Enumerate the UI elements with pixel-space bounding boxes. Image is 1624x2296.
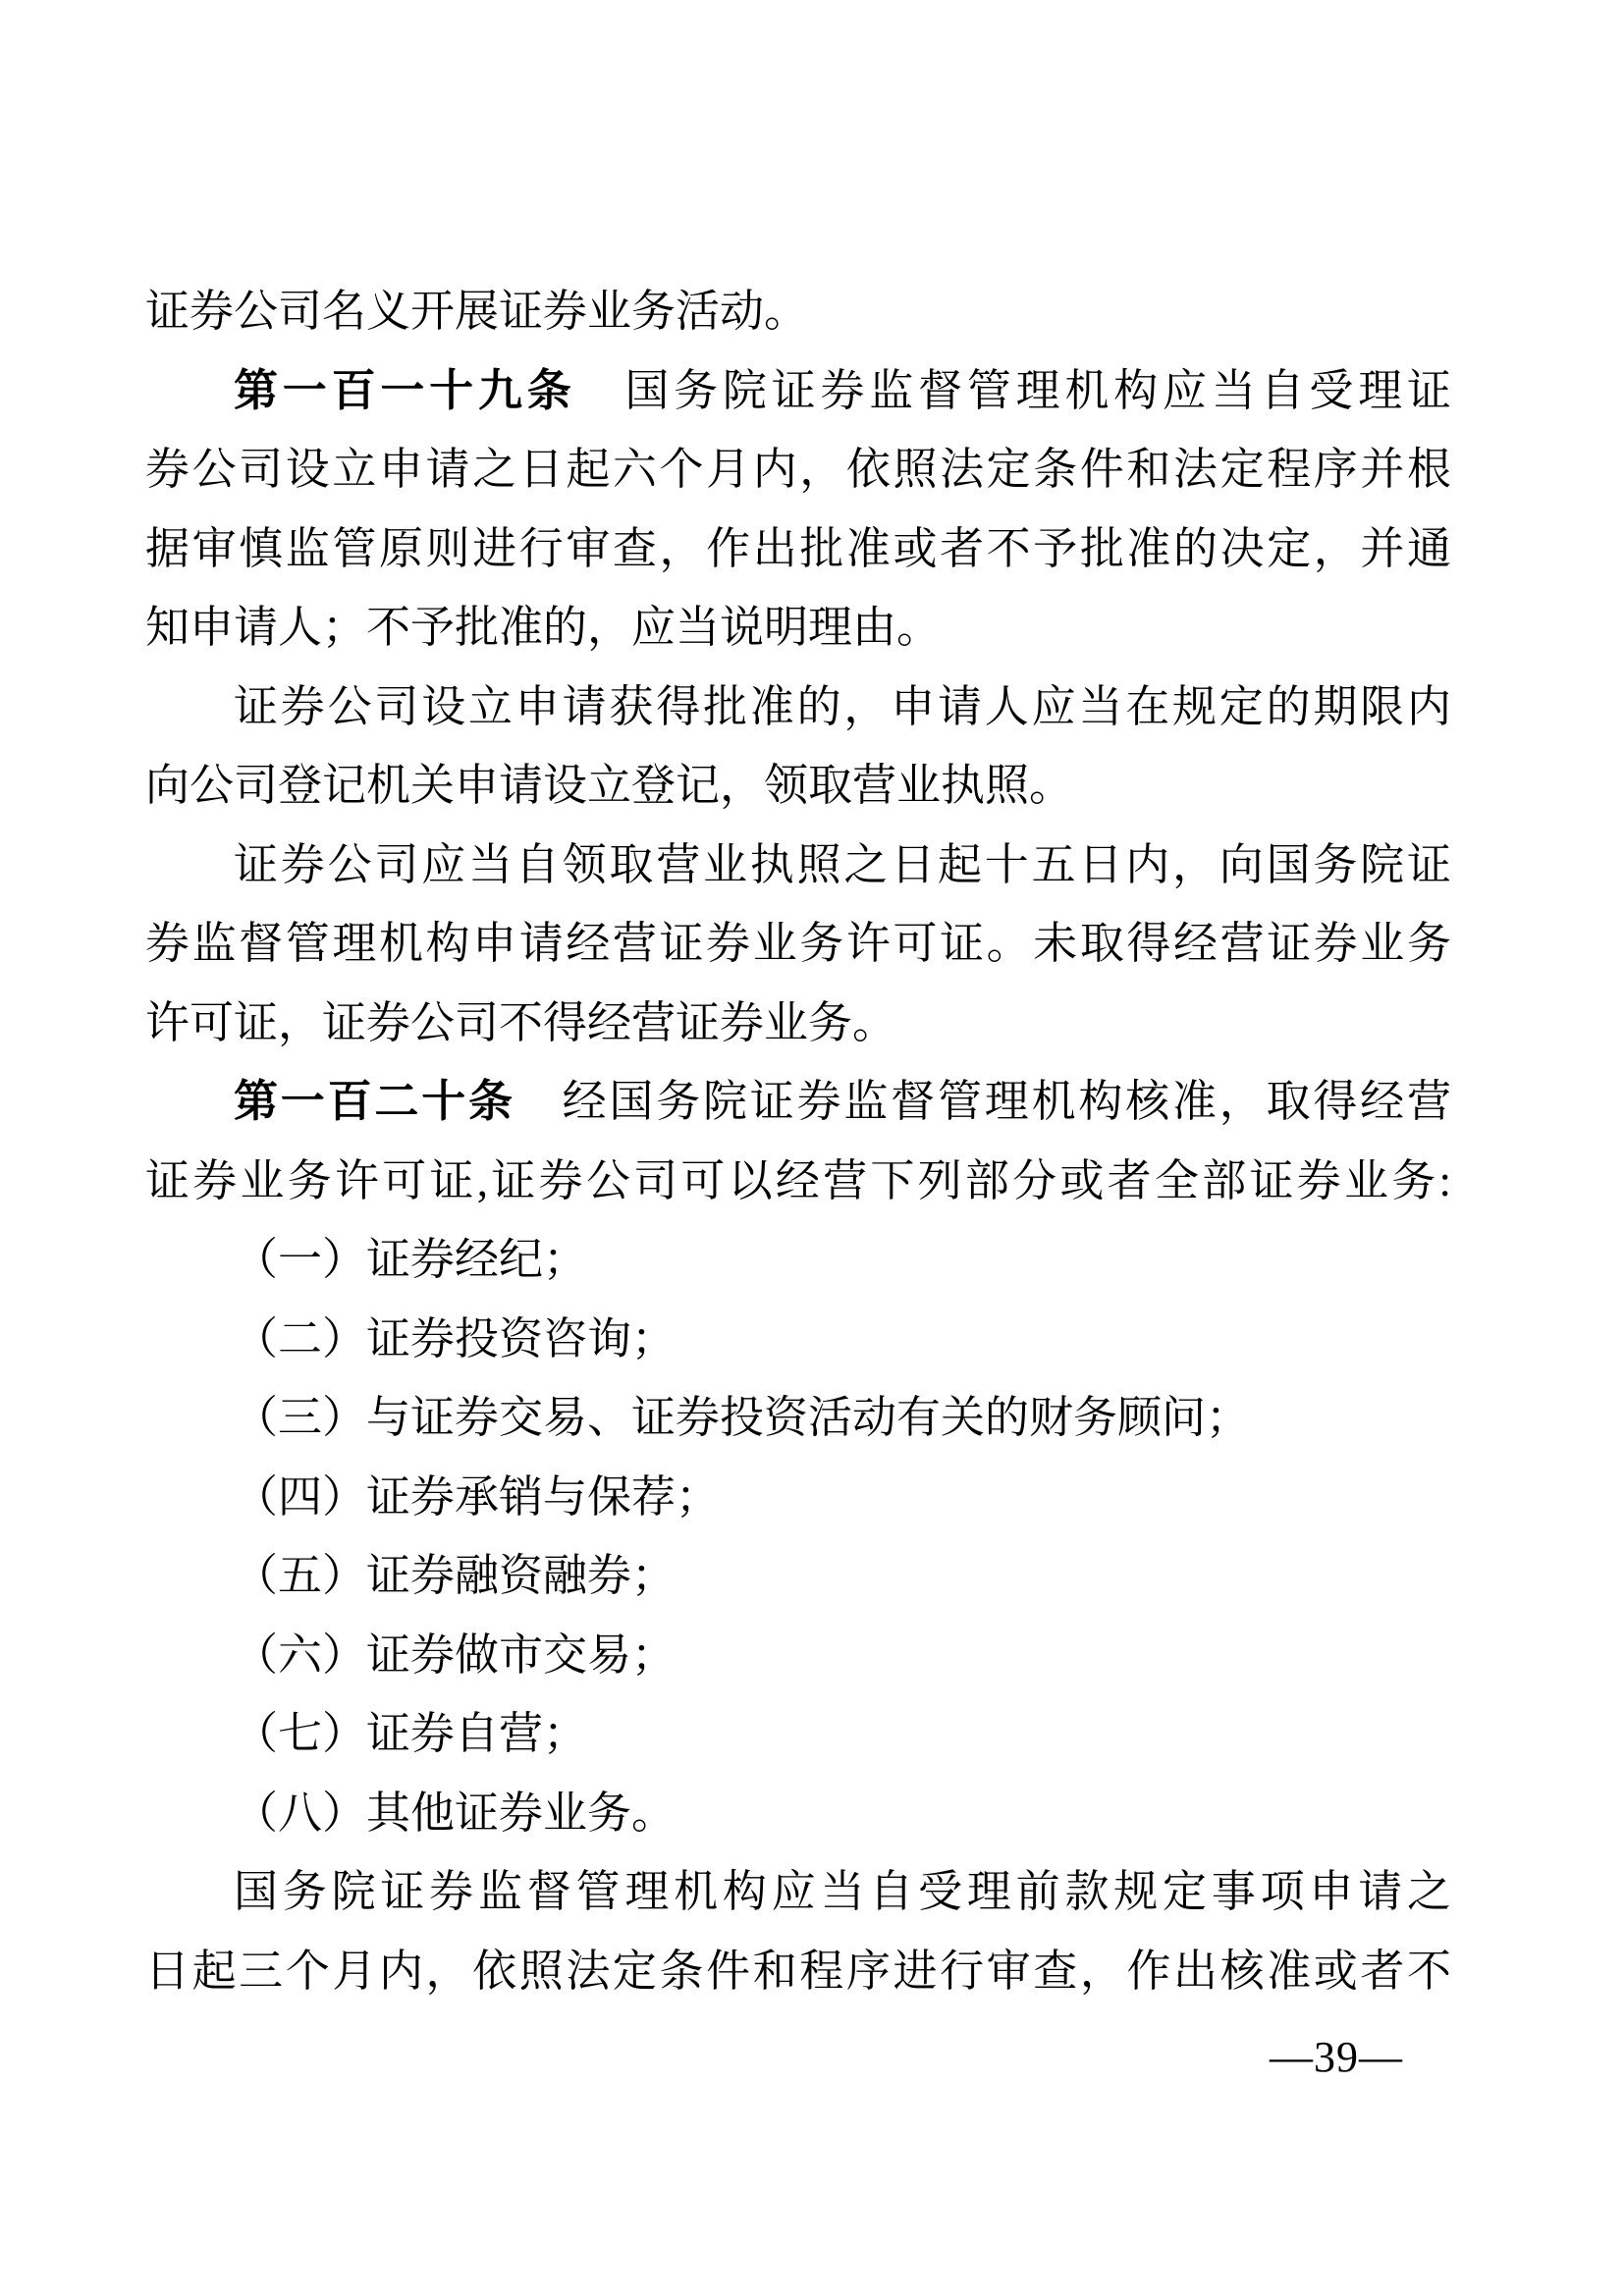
text-segment: （四）证券承销与保荐；: [234, 1472, 720, 1522]
article-heading-line: 第一百二十条 经国务院证券监督管理机构核准，取得经营: [145, 1062, 1451, 1142]
article-heading-line: 第一百一十九条 国务院证券监督管理机构应当自受理证: [145, 351, 1451, 431]
text-line: 证券公司名义开展证券业务活动。: [145, 272, 1451, 351]
text-segment: 证券业务许可证,证券公司可以经营下列部分或者全部证券业务:: [145, 1156, 1451, 1205]
text-segment: 券公司设立申请之日起六个月内，依照法定条件和法定程序并根: [145, 445, 1451, 494]
text-segment: 向公司登记机关申请设立登记，领取营业执照。: [145, 761, 1073, 810]
text-line: 许可证，证券公司不得经营证券业务。: [145, 984, 1451, 1063]
text-segment: 证券公司名义开展证券业务活动。: [145, 287, 808, 336]
text-segment: （五）证券融资融券；: [234, 1551, 676, 1600]
list-item-line: （二）证券投资咨询；: [145, 1300, 1451, 1379]
list-item-line: （七）证券自营；: [145, 1694, 1451, 1774]
article-number: 第一百一十九条: [234, 365, 576, 415]
text-segment: 经国务院证券监督管理机构核准，取得经营: [515, 1077, 1451, 1126]
text-segment: 国务院证券监督管理机构应当自受理证: [576, 366, 1451, 415]
text-segment: 知申请人；不予批准的，应当说明理由。: [145, 603, 941, 652]
text-segment: （一）证券经纪；: [234, 1235, 587, 1284]
text-segment: （八）其他证券业务。: [234, 1789, 676, 1838]
list-item-line: （八）其他证券业务。: [145, 1774, 1451, 1853]
list-item-line: （六）证券做市交易；: [145, 1616, 1451, 1695]
document-body: 证券公司名义开展证券业务活动。第一百一十九条 国务院证券监督管理机构应当自受理证…: [145, 272, 1451, 2010]
text-segment: 国务院证券监督管理机构应当自受理前款规定事项申请之: [234, 1867, 1451, 1916]
text-line: 据审慎监管原则进行审查，作出批准或者不予批准的决定，并通: [145, 509, 1451, 589]
article-number: 第一百二十条: [234, 1076, 515, 1126]
text-segment: 券监督管理机构申请经营证券业务许可证。未取得经营证券业务: [145, 919, 1451, 968]
text-segment: 日起三个月内，依照法定条件和程序进行审查，作出核准或者不: [145, 1947, 1451, 1996]
list-item-line: （五）证券融资融券；: [145, 1536, 1451, 1616]
document-page: 证券公司名义开展证券业务活动。第一百一十九条 国务院证券监督管理机构应当自受理证…: [0, 0, 1624, 2296]
text-segment: （六）证券做市交易；: [234, 1630, 676, 1680]
page-number: —39—: [1270, 2034, 1403, 2081]
text-line: 知申请人；不予批准的，应当说明理由。: [145, 588, 1451, 667]
list-item-line: （四）证券承销与保荐；: [145, 1458, 1451, 1537]
list-item-line: （三）与证券交易、证券投资活动有关的财务顾问；: [145, 1378, 1451, 1458]
list-item-line: （一）证券经纪；: [145, 1220, 1451, 1300]
text-segment: 证券公司设立申请获得批准的，申请人应当在规定的期限内: [234, 682, 1451, 731]
text-line: 日起三个月内，依照法定条件和程序进行审查，作出核准或者不: [145, 1932, 1451, 2011]
text-segment: 证券公司应当自领取营业执照之日起十五日内，向国务院证: [234, 840, 1451, 889]
text-line: 证券公司设立申请获得批准的，申请人应当在规定的期限内: [145, 667, 1451, 747]
text-segment: （七）证券自营；: [234, 1709, 587, 1758]
text-line: 证券公司应当自领取营业执照之日起十五日内，向国务院证: [145, 826, 1451, 905]
text-segment: （二）证券投资咨询；: [234, 1314, 676, 1363]
text-line: 国务院证券监督管理机构应当自受理前款规定事项申请之: [145, 1852, 1451, 1932]
text-segment: 据审慎监管原则进行审查，作出批准或者不予批准的决定，并通: [145, 524, 1451, 573]
text-line: 券监督管理机构申请经营证券业务许可证。未取得经营证券业务: [145, 904, 1451, 984]
text-segment: （三）与证券交易、证券投资活动有关的财务顾问；: [234, 1393, 1250, 1442]
text-line: 向公司登记机关申请设立登记，领取营业执照。: [145, 746, 1451, 826]
text-line: 证券业务许可证,证券公司可以经营下列部分或者全部证券业务:: [145, 1142, 1451, 1221]
text-segment: 许可证，证券公司不得经营证券业务。: [145, 998, 896, 1047]
text-line: 券公司设立申请之日起六个月内，依照法定条件和法定程序并根: [145, 430, 1451, 509]
